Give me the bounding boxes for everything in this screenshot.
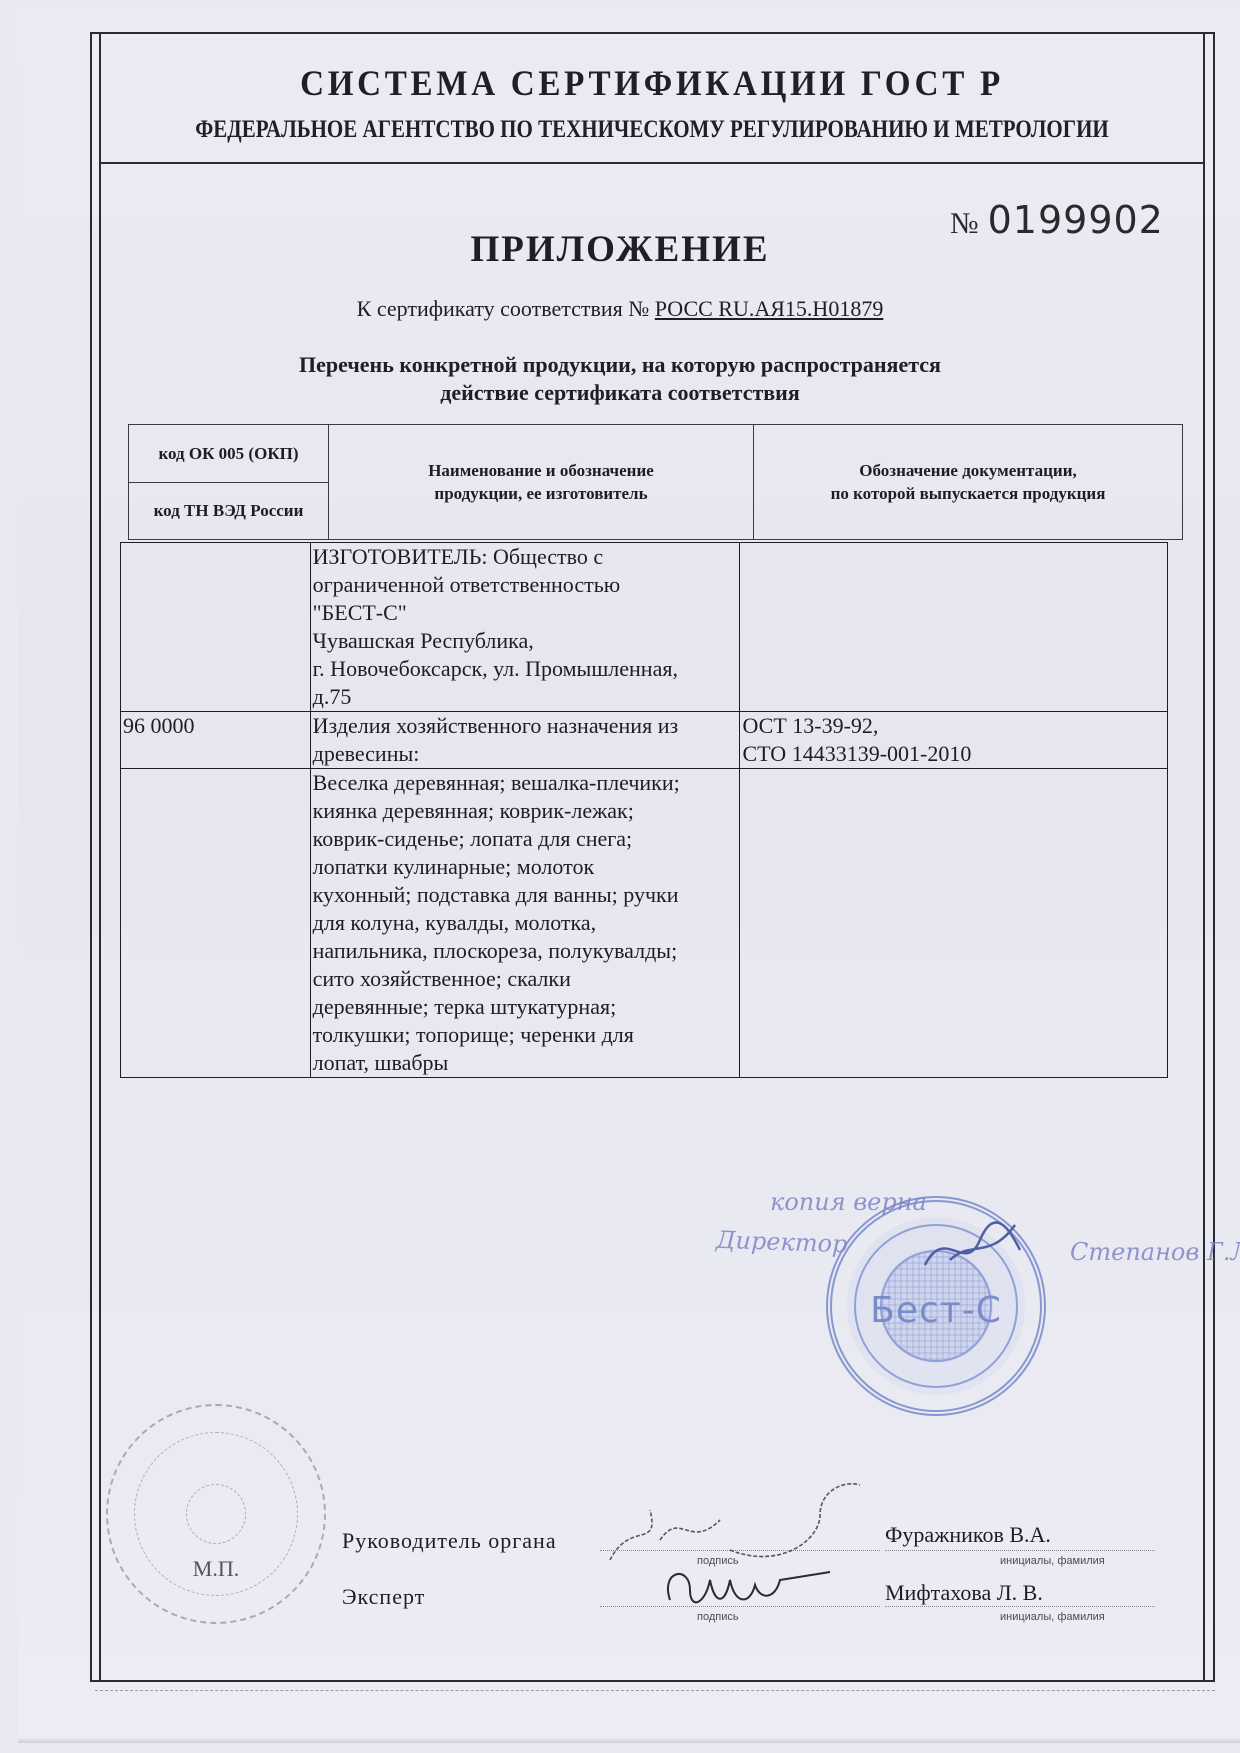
header-band: СИСТЕМА СЕРТИФИКАЦИИ ГОСТ Р ФЕДЕРАЛЬНОЕ … <box>99 32 1205 164</box>
product-line: Веселка деревянная; вешалка-плечики; <box>313 769 738 797</box>
product-line: кухонный; подставка для ванны; ручки <box>313 881 738 909</box>
cell-code <box>121 543 311 712</box>
page-title: ПРИЛОЖЕНИЕ <box>0 228 1240 271</box>
product-line: толкушки; топорище; черенки для <box>313 1021 738 1049</box>
head-role-label: Руководитель органа <box>342 1528 557 1554</box>
handwriting-director-name: Степанов Г.Л. <box>1070 1238 1240 1266</box>
certification-body-stamp: М.П. <box>106 1404 326 1624</box>
manufacturer-line: г. Новочебоксарск, ул. Промышленная, <box>313 655 738 683</box>
head-name-line <box>885 1550 1155 1551</box>
list-title: Перечень конкретной продукции, на котору… <box>0 351 1240 407</box>
table-row: Веселка деревянная; вешалка-плечики; кия… <box>121 769 1168 1078</box>
cell-docs: ОСТ 13-39-92, СТО 14433139-001-2010 <box>740 712 1168 769</box>
cert-ref-prefix: К сертификату соответствия № <box>357 296 655 321</box>
manufacturer-line: Чувашская Республика, <box>313 627 738 655</box>
manufacturer-line: "БЕСТ-С" <box>313 599 738 627</box>
cell-name: ИЗГОТОВИТЕЛЬ: Общество с ограниченной от… <box>310 543 740 712</box>
table-row: ИЗГОТОВИТЕЛЬ: Общество с ограниченной от… <box>121 543 1168 712</box>
expert-name-caption: инициалы, фамилия <box>1000 1611 1105 1623</box>
product-group-line: Изделия хозяйственного назначения из <box>313 712 738 740</box>
mp-label: М.П. <box>108 1556 324 1582</box>
product-line: коврик-сиденье; лопата для снега; <box>313 825 738 853</box>
product-line: киянка деревянная; коврик-лежак; <box>313 797 738 825</box>
product-group-line: древесины: <box>313 740 738 768</box>
header-product-line1: Наименование и обозначение <box>428 459 654 482</box>
header-docs-line1: Обозначение документации, <box>831 459 1106 482</box>
header-tnved-code: код ТН ВЭД России <box>129 483 328 539</box>
agency-name: ФЕДЕРАЛЬНОЕ АГЕНТСТВО ПО ТЕХНИЧЕСКОМУ РЕ… <box>187 116 1116 144</box>
handwriting-copy-certified: копия верна <box>770 1188 927 1216</box>
list-title-line2: действие сертификата соответствия <box>0 379 1240 407</box>
manufacturer-line: ИЗГОТОВИТЕЛЬ: Общество с <box>313 543 738 571</box>
expert-role-label: Эксперт <box>342 1584 425 1610</box>
stamp-brand: Бест-С <box>832 1290 1040 1331</box>
header-product-line2: продукции, ее изготовитель <box>428 482 654 505</box>
product-line: лопатки кулинарные; молоток <box>313 853 738 881</box>
expert-name-line <box>885 1606 1155 1607</box>
list-title-line1: Перечень конкретной продукции, на котору… <box>0 351 1240 379</box>
product-line: деревянные; терка штукатурная; <box>313 993 738 1021</box>
cell-code: 96 0000 <box>121 712 311 769</box>
manufacturer-line: ограниченной ответственностью <box>313 571 738 599</box>
head-name-caption: инициалы, фамилия <box>1000 1555 1105 1567</box>
cell-docs <box>740 543 1168 712</box>
standard-line: СТО 14433139-001-2010 <box>742 740 1165 768</box>
manufacturer-line: д.75 <box>313 683 738 711</box>
stamp-emblem <box>186 1484 246 1544</box>
cert-ref-number: РОСС RU.АЯ15.Н01879 <box>655 296 884 321</box>
bottom-divider <box>95 1690 1215 1691</box>
expert-name: Мифтахова Л. В. <box>885 1580 1043 1606</box>
table-header: код ОК 005 (ОКП) код ТН ВЭД России Наиме… <box>128 424 1183 540</box>
certificate-reference: К сертификату соответствия № РОСС RU.АЯ1… <box>0 296 1240 322</box>
header-product-name: Наименование и обозначение продукции, ее… <box>329 425 754 539</box>
product-line: напильника, плоскореза, полукувалды; <box>313 937 738 965</box>
header-documentation: Обозначение документации, по которой вып… <box>754 425 1182 539</box>
cell-name: Веселка деревянная; вешалка-плечики; кия… <box>310 769 740 1078</box>
expert-signature <box>660 1560 840 1620</box>
director-signature <box>920 1220 1030 1280</box>
product-line: лопат, швабры <box>313 1049 738 1077</box>
cell-docs <box>740 769 1168 1078</box>
handwriting-director: Директор <box>716 1226 848 1259</box>
header-okp-code: код ОК 005 (ОКП) <box>129 425 328 483</box>
header-code-column: код ОК 005 (ОКП) код ТН ВЭД России <box>129 425 329 539</box>
cell-name: Изделия хозяйственного назначения из дре… <box>310 712 740 769</box>
table-row: 96 0000 Изделия хозяйственного назначени… <box>121 712 1168 769</box>
product-table: ИЗГОТОВИТЕЛЬ: Общество с ограниченной от… <box>120 542 1168 1078</box>
standard-line: ОСТ 13-39-92, <box>742 712 1165 740</box>
head-name: Фуражников В.А. <box>885 1522 1051 1548</box>
cell-code <box>121 769 311 1078</box>
header-docs-line2: по которой выпускается продукция <box>831 482 1106 505</box>
system-title: СИСТЕМА СЕРТИФИКАЦИИ ГОСТ Р <box>143 62 1161 104</box>
product-line: сито хозяйственное; скалки <box>313 965 738 993</box>
product-line: для колуна, кувалды, молотка, <box>313 909 738 937</box>
